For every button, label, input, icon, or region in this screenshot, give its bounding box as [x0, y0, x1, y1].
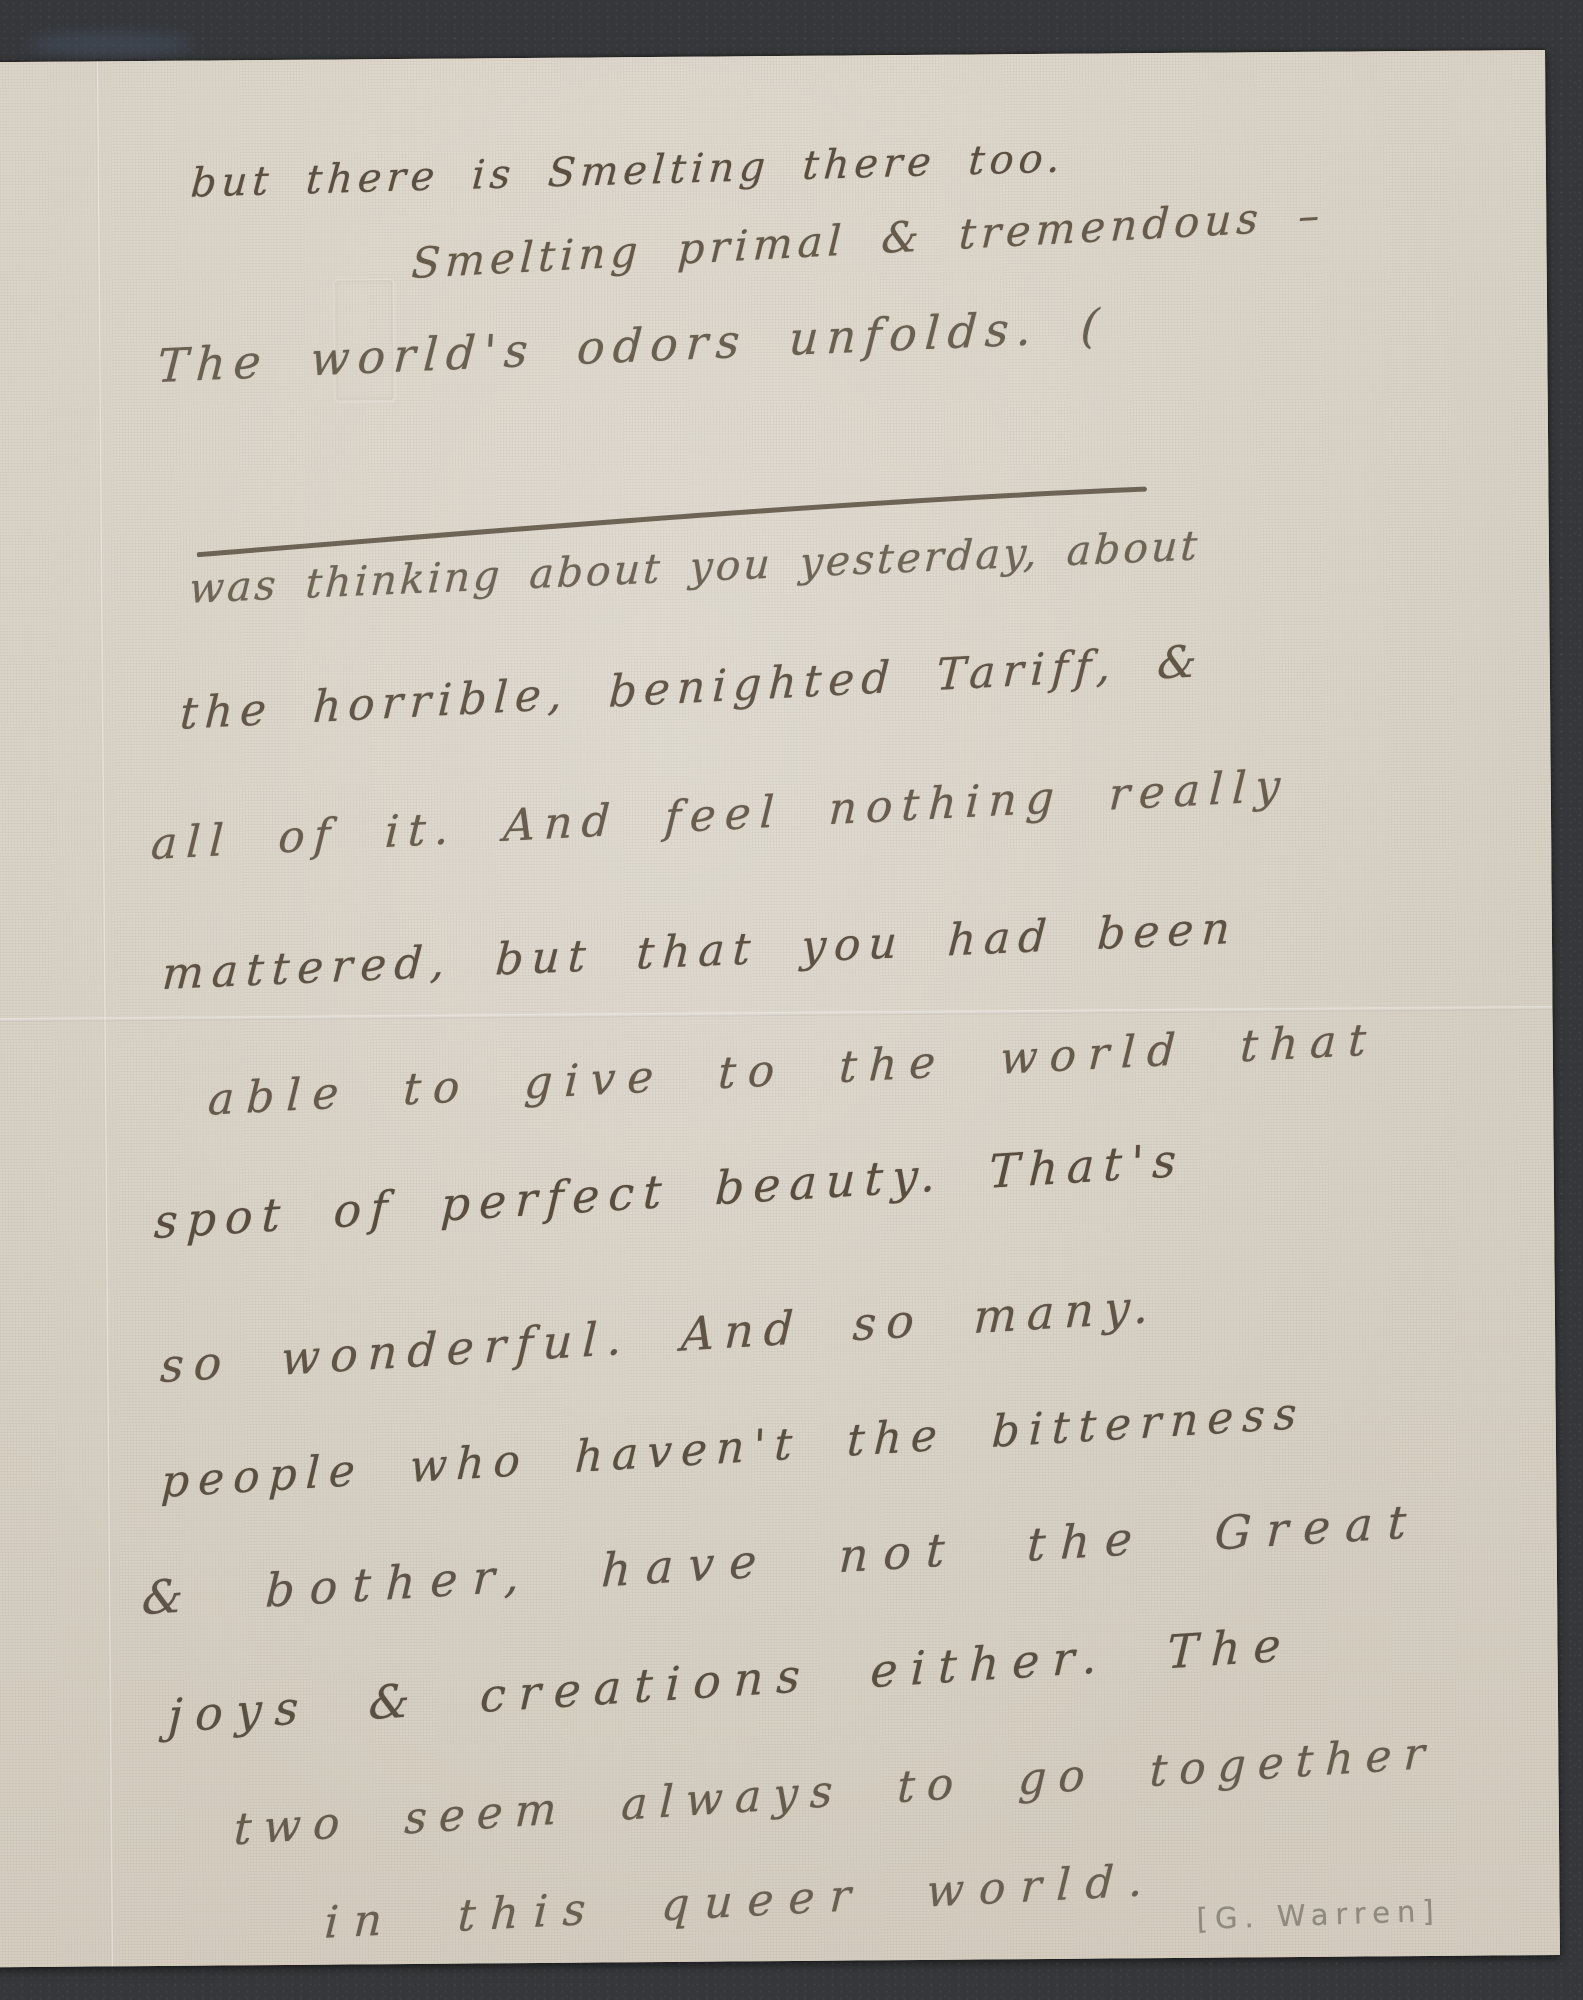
handwritten-line: the horrible, benighted Tariff, & — [179, 636, 1205, 740]
handwritten-line: but there is Smelting there too. — [189, 135, 1066, 206]
archivist-pencil-annotation: [G. Warren] — [1196, 1894, 1441, 1936]
handwritten-line: & bother, have not the Great — [141, 1494, 1422, 1625]
handwritten-line: so wonderful. And so many. — [159, 1279, 1159, 1393]
scanner-mat-smudge — [28, 32, 193, 56]
handwritten-line: joys & creations either. The — [167, 1617, 1295, 1743]
handwritten-line: mattered, but that you had been — [161, 903, 1240, 1000]
vertical-fold-crease — [96, 61, 114, 1966]
scanned-letter-page: { "palette": { "scanner_background": "#3… — [0, 0, 1583, 2000]
handwritten-line: able to give to the world that — [207, 1014, 1380, 1125]
handwritten-line: two seem always to go together — [233, 1728, 1438, 1856]
handwritten-line: in this queer world. — [323, 1855, 1159, 1949]
handwritten-line: spot of perfect beauty. That's — [153, 1133, 1186, 1249]
handwritten-line: Smelting primal & tremendous – — [410, 190, 1325, 288]
handwritten-line-underlined: The world's odors unfolds. ( — [156, 298, 1109, 393]
handwritten-line: people who haven't the bitterness — [160, 1388, 1306, 1508]
handwritten-line: all of it. And feel nothing really — [150, 760, 1290, 870]
letter-sheet: but there is Smelting there too. Smeltin… — [0, 50, 1560, 1967]
